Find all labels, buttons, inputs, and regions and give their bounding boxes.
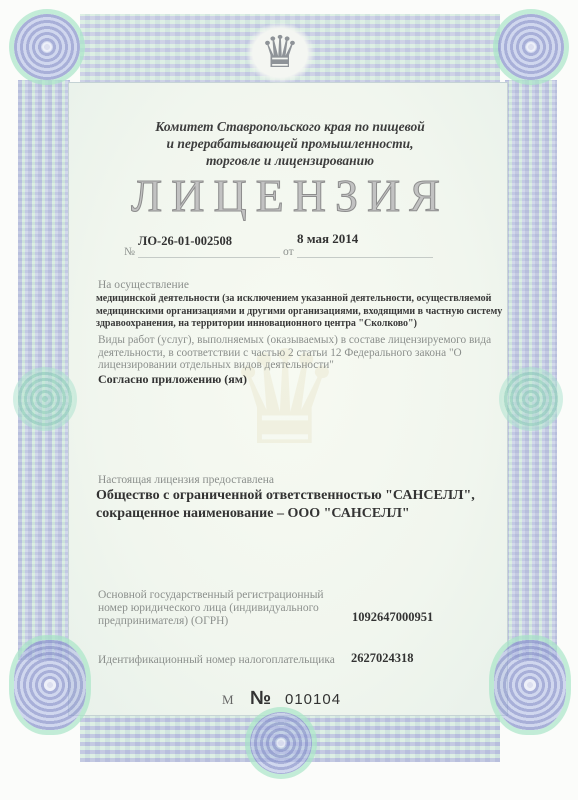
ogrn-label: Основной государственный регистрационный… bbox=[98, 589, 328, 628]
license-number: ЛО-26-01-002508 bbox=[138, 234, 232, 249]
rosette-bottom-right-icon bbox=[494, 640, 566, 730]
rosette-top-left-icon bbox=[14, 14, 80, 80]
works-value: Согласно приложению (ям) bbox=[98, 372, 247, 387]
issuer-line: и перерабатывающей промышленности, bbox=[100, 135, 480, 152]
rosette-bottom-left-icon bbox=[14, 640, 86, 730]
number-label: № bbox=[124, 246, 135, 258]
rosette-middle-right-icon bbox=[502, 370, 560, 428]
granted-to-label: Настоящая лицензия предоставлена bbox=[98, 474, 274, 486]
licensee-organization: Общество с ограниченной ответственностью… bbox=[96, 487, 496, 523]
issuer-authority: Комитет Ставропольского края по пищевой … bbox=[100, 118, 480, 169]
date-label: от bbox=[283, 246, 294, 258]
coat-of-arms-icon: ♛ bbox=[245, 22, 315, 84]
organization-full-name: Общество с ограниченной ответственностью… bbox=[96, 487, 496, 505]
inn-value: 2627024318 bbox=[351, 651, 414, 666]
date-underline bbox=[297, 257, 433, 258]
license-date: 8 мая 2014 bbox=[297, 231, 358, 247]
form-serial-number: 010104 bbox=[285, 691, 341, 708]
rosette-bottom-center-icon bbox=[250, 712, 312, 774]
issuer-line: торговле и лицензированию bbox=[100, 152, 480, 169]
works-label: Виды работ (услуг), выполняемых (оказыва… bbox=[98, 334, 498, 372]
issuer-line: Комитет Ставропольского края по пищевой bbox=[100, 118, 480, 135]
rosette-middle-left-icon bbox=[16, 370, 74, 428]
document-title: ЛИЦЕНЗИЯ bbox=[100, 170, 480, 222]
number-underline bbox=[138, 257, 280, 258]
license-document: ♛ ♛ Комитет Ставропольского края по пище… bbox=[0, 0, 578, 800]
form-series: М bbox=[222, 692, 234, 708]
activity-label: На осуществление bbox=[98, 279, 189, 291]
activity-description: медицинской деятельности (за исключением… bbox=[96, 293, 506, 331]
form-number-sign: № bbox=[250, 688, 271, 710]
inn-label: Идентификационный номер налогоплательщик… bbox=[98, 654, 335, 666]
rosette-top-right-icon bbox=[498, 14, 564, 80]
organization-short-name: сокращенное наименование – ООО "САНСЕЛЛ" bbox=[96, 505, 496, 523]
ogrn-value: 1092647000951 bbox=[352, 610, 433, 625]
